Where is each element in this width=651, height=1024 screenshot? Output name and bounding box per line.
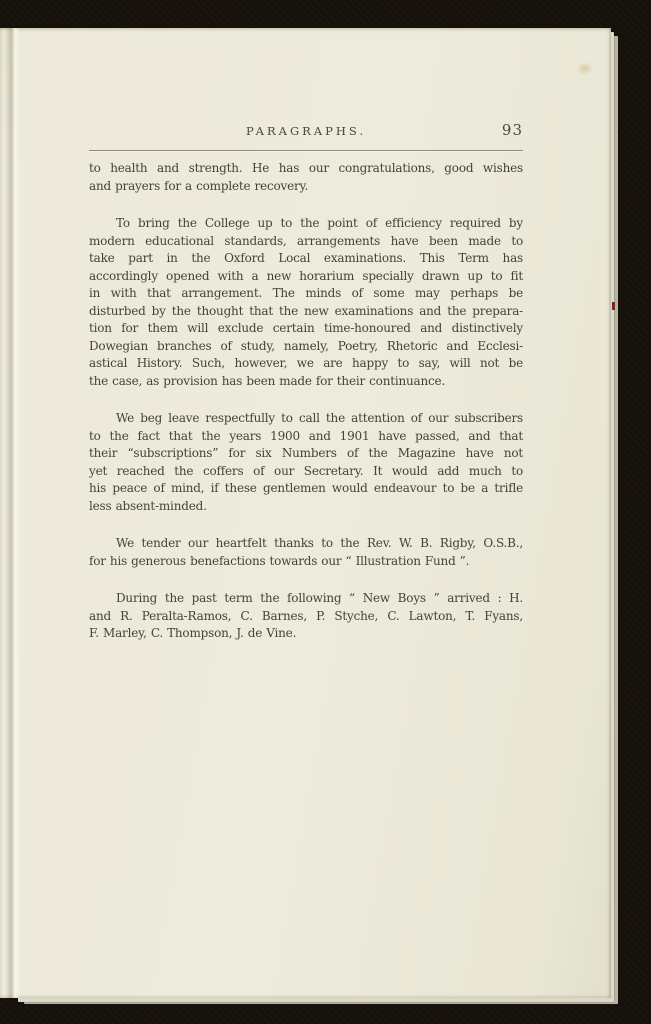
text-line: astical History. Such, however, we are h…: [89, 355, 523, 373]
text-line: take part in the Oxford Local examinatio…: [89, 250, 523, 268]
text-line: his peace of mind, if these gentlemen wo…: [89, 480, 523, 498]
text-line: Dowegian branches of study, namely, Poet…: [89, 338, 523, 356]
text-line: We tender our heartfelt thanks to the Re…: [89, 535, 523, 553]
page-header: PARAGRAPHS. 93: [89, 124, 523, 150]
text-line: F. Marley, C. Thompson, J. de Vine.: [89, 625, 523, 643]
paragraph: to health and strength. He has our congr…: [89, 160, 523, 195]
text-line: to the fact that the years 1900 and 1901…: [89, 428, 523, 446]
scanned-book-page: { "document": { "header": { "title": "PA…: [0, 0, 651, 1024]
body-text: to health and strength. He has our congr…: [89, 160, 523, 643]
book-page: PARAGRAPHS. 93 to health and strength. H…: [0, 28, 611, 998]
text-line: During the past term the following “ New…: [89, 590, 523, 608]
paragraph: We tender our heartfelt thanks to the Re…: [89, 535, 523, 570]
text-line: the case, as provision has been made for…: [89, 373, 523, 391]
text-line: To bring the College up to the point of …: [89, 215, 523, 233]
text-line: and R. Peralta-Ramos, C. Barnes, P. Styc…: [89, 608, 523, 626]
text-line: modern educational standards, arrangemen…: [89, 233, 523, 251]
text-line: We beg leave respectfully to call the at…: [89, 410, 523, 428]
paragraph: We beg leave respectfully to call the at…: [89, 410, 523, 515]
text-line: tion for them will exclude certain time-…: [89, 320, 523, 338]
text-line: and prayers for a complete recovery.: [89, 178, 523, 196]
text-line: less absent-minded.: [89, 498, 523, 516]
text-line: to health and strength. He has our congr…: [89, 160, 523, 178]
text-line: their “subscriptions” for six Numbers of…: [89, 445, 523, 463]
text-line: yet reached the coffers of our Secretary…: [89, 463, 523, 481]
running-title: PARAGRAPHS.: [89, 124, 523, 138]
text-line: in with that arrangement. The minds of s…: [89, 285, 523, 303]
binding-ribbon-mark: [612, 302, 615, 310]
text-line: for his generous benefactions towards ou…: [89, 553, 523, 571]
header-rule: [89, 150, 523, 151]
page-crease: [5, 28, 21, 998]
text-line: accordingly opened with a new horarium s…: [89, 268, 523, 286]
page-number: 93: [502, 121, 523, 139]
paper-stain: [576, 62, 594, 75]
page-content: PARAGRAPHS. 93 to health and strength. H…: [89, 124, 523, 663]
text-line: disturbed by the thought that the new ex…: [89, 303, 523, 321]
paragraph: During the past term the following “ New…: [89, 590, 523, 643]
paragraph: To bring the College up to the point of …: [89, 215, 523, 390]
